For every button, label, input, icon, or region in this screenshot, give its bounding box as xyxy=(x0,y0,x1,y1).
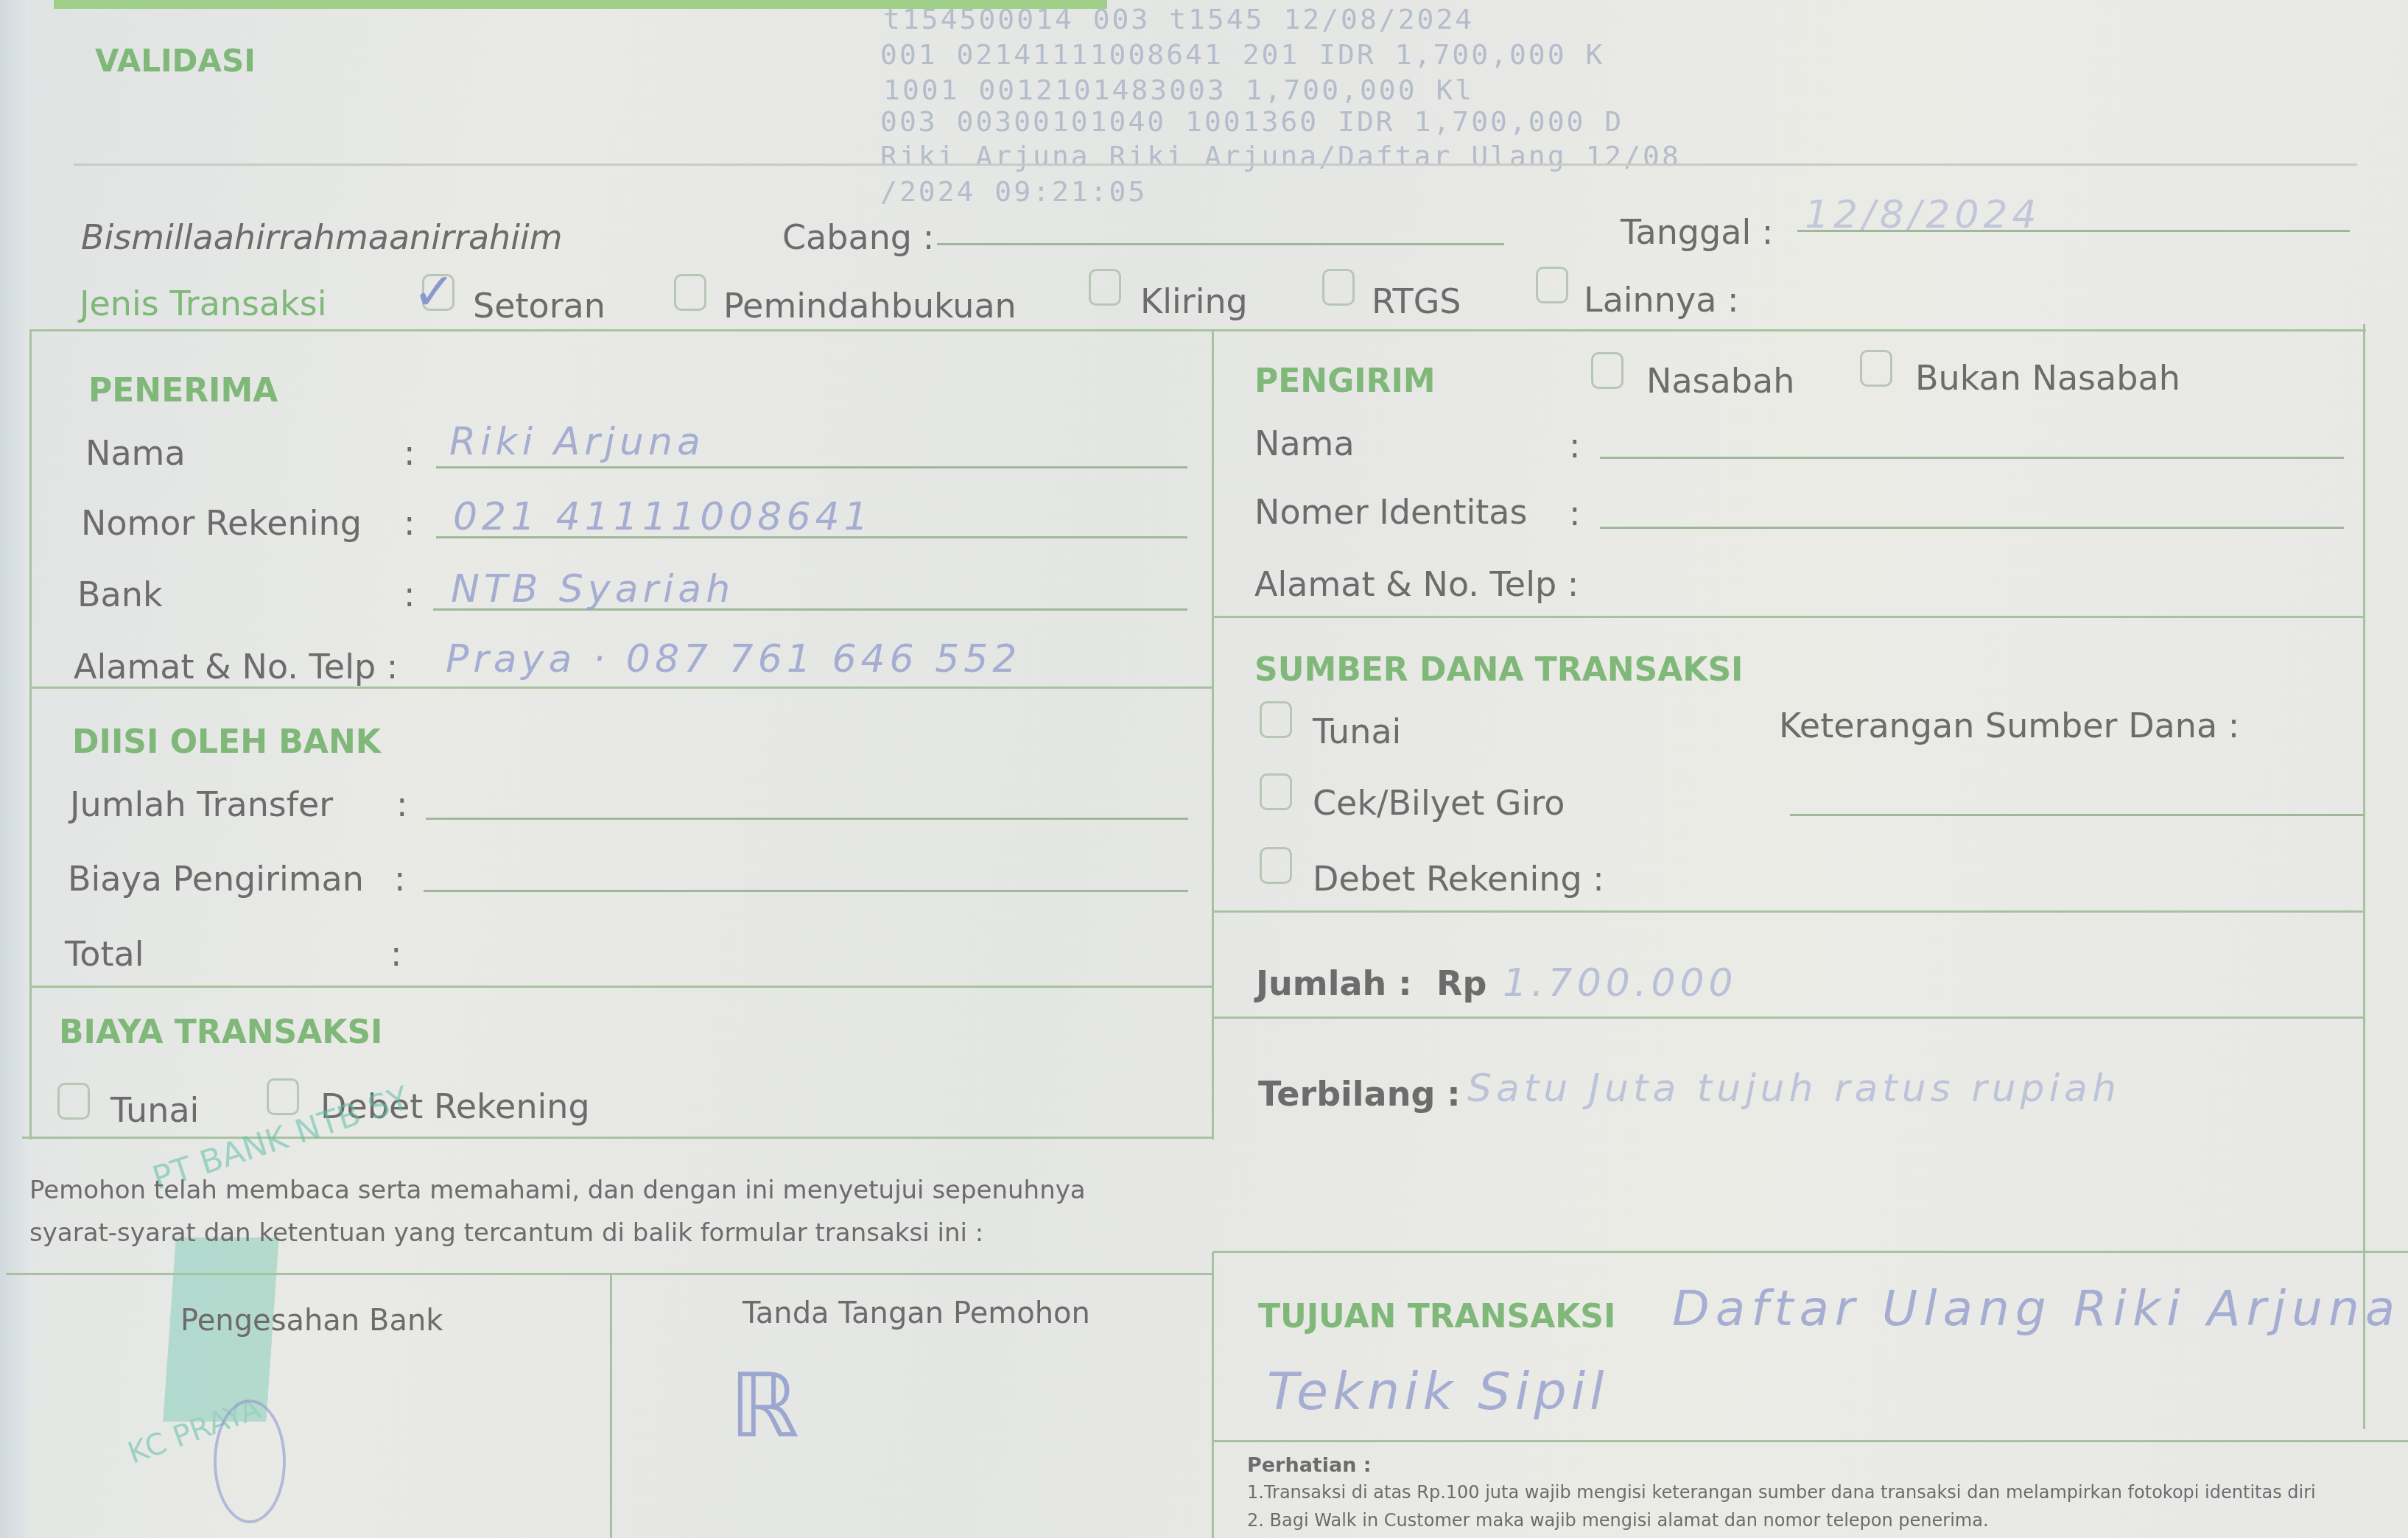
colon: : xyxy=(404,575,415,614)
branch-field[interactable] xyxy=(937,243,1504,245)
option-kliring: Kliring xyxy=(1140,281,1248,321)
option-pemindahbukuan: Pemindahbukuan xyxy=(723,286,1017,326)
recipient-bank-label: Bank xyxy=(77,575,163,614)
recipient-name-value: Riki Arjuna xyxy=(449,420,705,464)
amount-label: Jumlah : xyxy=(1256,963,1412,1003)
transfer-amount-label: Jumlah Transfer xyxy=(70,784,333,824)
colon: : xyxy=(1569,426,1581,466)
sender-title: PENGIRIM xyxy=(1254,362,1436,400)
transaction-type-label: Jenis Transaksi xyxy=(80,284,327,323)
recipient-title: PENERIMA xyxy=(88,372,278,410)
bank-signature xyxy=(214,1400,286,1523)
recipient-address-value: Praya · 087 761 646 552 xyxy=(446,637,1021,681)
recipient-address-label: Alamat & No. Telp : xyxy=(74,647,398,687)
shipping-fee-field[interactable] xyxy=(424,890,1188,892)
greeting: Bismillaahirrahmaanirrahiim xyxy=(81,217,563,257)
print-line: t154500014 003 t1545 12/08/2024 xyxy=(883,3,1474,35)
main-box-left xyxy=(29,329,32,1140)
bank-approval-label: Pengesahan Bank xyxy=(180,1304,443,1338)
sender-address-label: Alamat & No. Telp : xyxy=(1254,564,1579,604)
date-label: Tanggal : xyxy=(1621,212,1773,252)
source-cheque-label: Cek/Bilyet Giro xyxy=(1313,783,1565,823)
in-words-label: Terbilang : xyxy=(1258,1074,1461,1114)
sender-divider xyxy=(1213,616,2365,618)
checkbox-lainnya[interactable] xyxy=(1536,267,1568,303)
validation-divider xyxy=(74,164,2357,166)
source-divider xyxy=(1213,910,2365,913)
checkbox-rtgs[interactable] xyxy=(1322,269,1355,306)
recipient-divider xyxy=(31,687,1213,689)
checkbox-pemindahbukuan[interactable] xyxy=(674,274,706,311)
agreement-line-1: Pemohon telah membaca serta memahami, da… xyxy=(29,1176,1086,1205)
date-value: 12/8/2024 xyxy=(1805,193,2041,237)
purpose-value-line2[interactable]: Teknik Sipil xyxy=(1267,1361,1609,1422)
sender-id-field[interactable] xyxy=(1600,527,2344,529)
checkbox-source-cash[interactable] xyxy=(1260,701,1292,738)
main-box-top xyxy=(31,329,2366,331)
checkbox-kliring[interactable] xyxy=(1089,269,1121,306)
checkbox-customer[interactable] xyxy=(1591,352,1624,389)
fee-title: BIAYA TRANSAKSI xyxy=(59,1014,382,1051)
option-non-customer: Bukan Nasabah xyxy=(1915,358,2180,398)
colon: : xyxy=(404,433,415,473)
recipient-account-value: 021 41111008641 xyxy=(453,495,873,539)
purpose-value-line1[interactable]: Daftar Ulang Riki Arjuna xyxy=(1672,1280,2401,1337)
signature-table-divider xyxy=(610,1273,612,1538)
colon: : xyxy=(396,784,408,824)
print-line: 1001 0012101483003 1,700,000 Kl xyxy=(883,74,1474,106)
print-line: 003 00300101040 1001360 IDR 1,700,000 D xyxy=(880,105,1624,138)
validation-label: VALIDASI xyxy=(95,43,256,79)
print-line: Riki Arjuna Riki Arjuna/Daftar Ulang 12/… xyxy=(880,140,1681,172)
applicant-signature-label: Tanda Tangan Pemohon xyxy=(743,1296,1090,1330)
option-customer: Nasabah xyxy=(1646,361,1794,401)
total-label: Total xyxy=(65,934,144,974)
recipient-account-label: Nomor Rekening xyxy=(81,503,362,543)
source-debit-label: Debet Rekening : xyxy=(1313,859,1604,899)
amount-value[interactable]: 1.700.000 xyxy=(1503,961,1738,1005)
paper-edge xyxy=(0,0,29,1538)
option-rtgs: RTGS xyxy=(1372,281,1461,321)
check-mark-icon: ✓ xyxy=(413,261,456,322)
source-note-label: Keterangan Sumber Dana : xyxy=(1779,706,2239,745)
colon: : xyxy=(390,934,402,974)
purpose-top xyxy=(1213,1251,2408,1253)
sender-name-field[interactable] xyxy=(1600,457,2344,459)
checkbox-non-customer[interactable] xyxy=(1860,350,1892,387)
transfer-amount-field[interactable] xyxy=(426,818,1188,820)
in-words-value[interactable]: Satu Juta tujuh ratus rupiah xyxy=(1467,1067,2121,1111)
option-setoran: Setoran xyxy=(473,286,605,326)
source-title: SUMBER DANA TRANSAKSI xyxy=(1254,651,1743,689)
signature-table-right xyxy=(1212,1252,1214,1538)
amount-currency: Rp xyxy=(1436,963,1486,1003)
sender-id-label: Nomer Identitas xyxy=(1254,492,1527,532)
checkbox-source-debit[interactable] xyxy=(1260,847,1292,884)
shipping-fee-label: Biaya Pengiriman xyxy=(68,859,364,899)
bank-section-title: DIISI OLEH BANK xyxy=(72,723,381,761)
amount-divider xyxy=(1213,1016,2365,1019)
colon: : xyxy=(404,503,415,543)
source-cash-label: Tunai xyxy=(1313,712,1401,751)
colon: : xyxy=(1569,494,1581,533)
agreement-line-2: syarat-syarat dan ketentuan yang tercant… xyxy=(29,1218,983,1248)
print-line: 001 02141111008641 201 IDR 1,700,000 K xyxy=(880,38,1604,71)
checkbox-source-cheque[interactable] xyxy=(1260,773,1292,810)
main-box-right xyxy=(2363,324,2365,1429)
purpose-title: TUJUAN TRANSAKSI xyxy=(1258,1298,1615,1335)
sender-name-label: Nama xyxy=(1254,424,1355,463)
notes-title: Perhatian : xyxy=(1247,1454,1372,1477)
print-line: /2024 09:21:05 xyxy=(880,175,1147,208)
recipient-name-field[interactable] xyxy=(436,466,1187,468)
colon: : xyxy=(394,859,406,899)
option-lainnya: Lainnya : xyxy=(1584,280,1738,320)
recipient-name-label: Nama xyxy=(85,433,186,473)
applicant-signature[interactable]: ℝ xyxy=(729,1355,799,1458)
bank-section-divider xyxy=(31,986,1213,988)
recipient-bank-value: NTB Syariah xyxy=(451,567,734,611)
purpose-bottom xyxy=(1213,1440,2408,1442)
notes-item-2: 2. Bagi Walk in Customer maka wajib meng… xyxy=(1247,1510,1989,1531)
branch-label: Cabang : xyxy=(782,217,934,257)
notes-item-1: 1.Transaksi di atas Rp.100 juta wajib me… xyxy=(1247,1482,2316,1503)
source-note-field[interactable] xyxy=(1790,814,2365,816)
